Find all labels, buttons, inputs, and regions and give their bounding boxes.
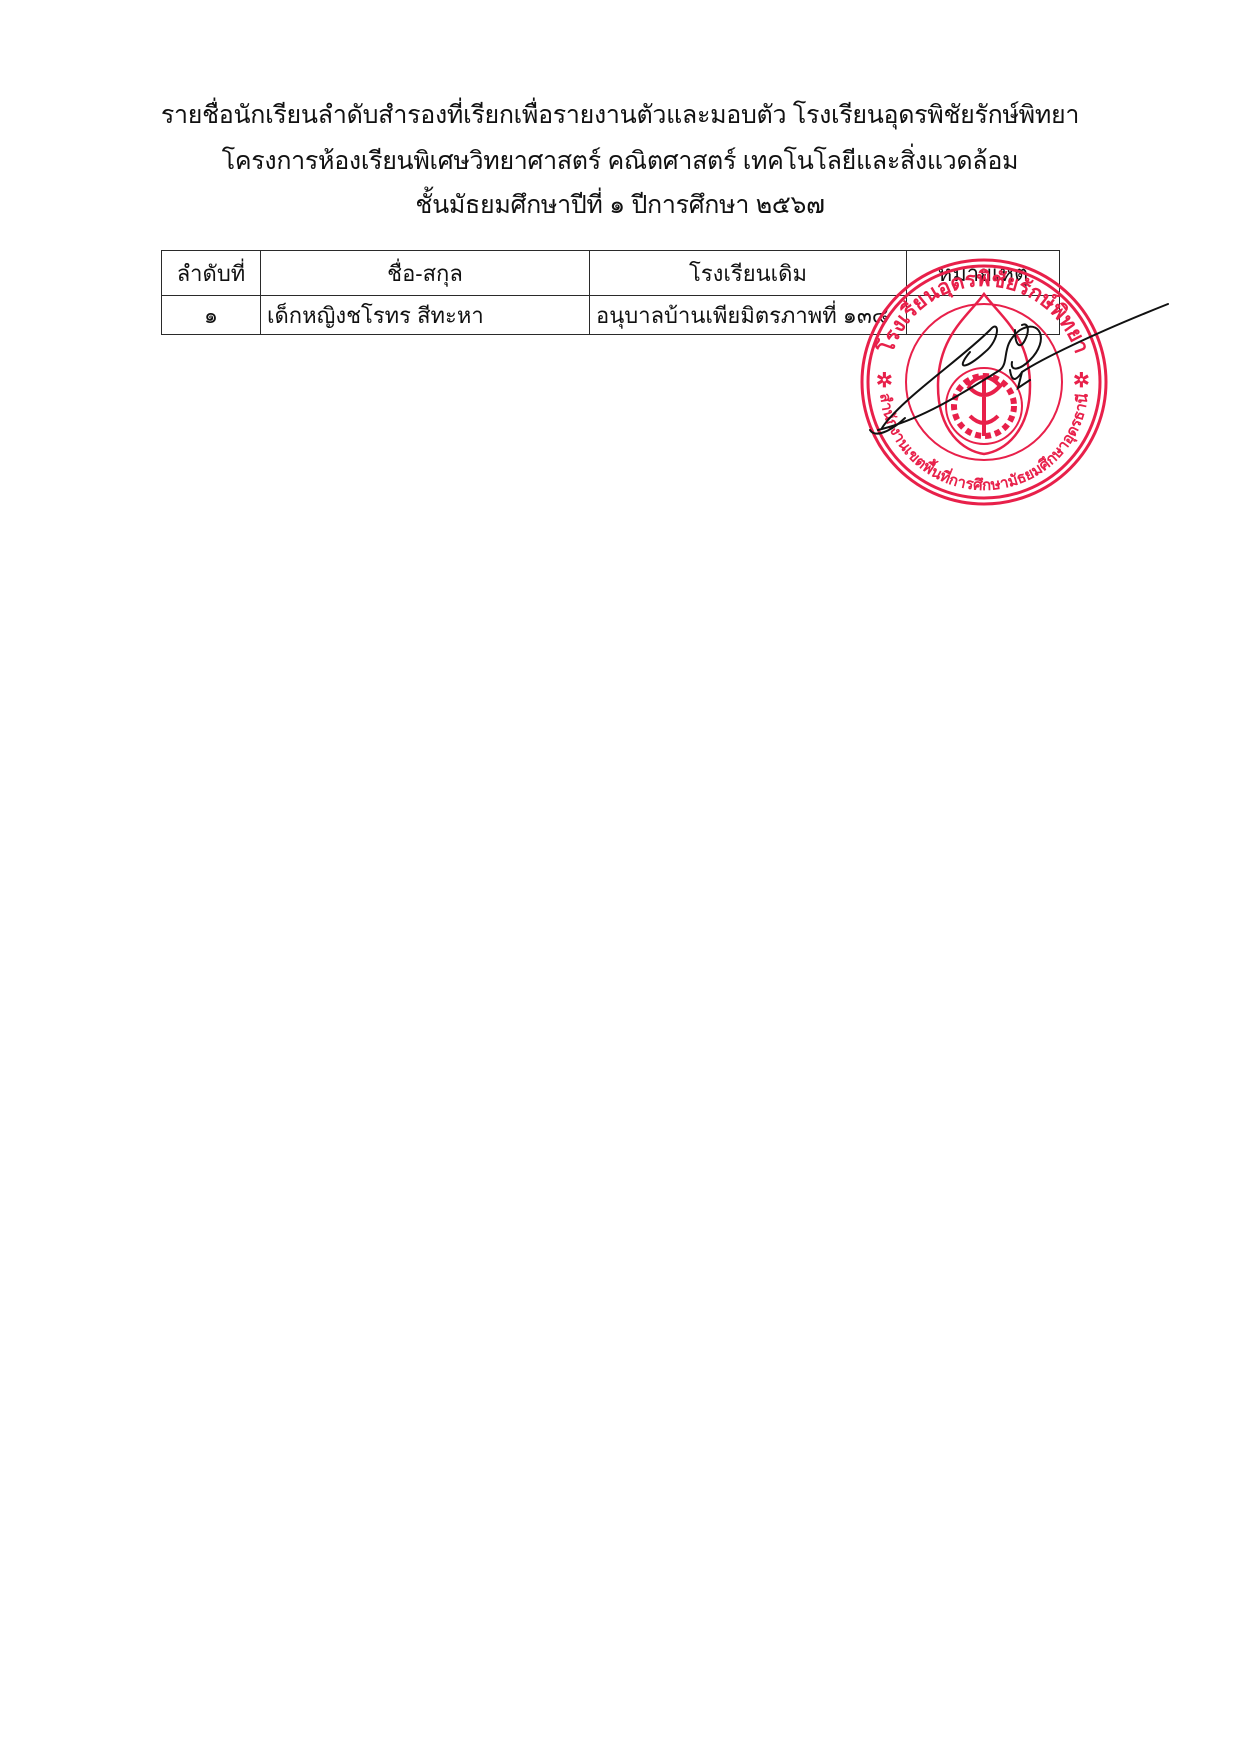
cell-name: เด็กหญิงชโรทร สีทะหา: [261, 296, 590, 335]
document-title-line-3: ชั้นมัธยมศึกษาปีที่ ๑ ปีการศึกษา ๒๕๖๗: [0, 190, 1240, 220]
document-title-line-1: รายชื่อนักเรียนลำดับสำรองที่เรียกเพื่อรา…: [0, 100, 1240, 130]
header-name: ชื่อ-สกุล: [261, 251, 590, 296]
table-header-row: ลำดับที่ ชื่อ-สกุล โรงเรียนเดิม หมายเหตุ: [162, 251, 1060, 296]
cell-previous-school: อนุบาลบ้านเพียมิตรภาพที่ ๑๓๘: [590, 296, 907, 335]
header-remark: หมายเหตุ: [907, 251, 1060, 296]
table-row: ๑ เด็กหญิงชโรทร สีทะหา อนุบาลบ้านเพียมิต…: [162, 296, 1060, 335]
stamp-bottom-text: สำนักงานเขตพื้นที่การศึกษามัธยมศึกษาอุดร…: [876, 392, 1092, 494]
document-title-line-2: โครงการห้องเรียนพิเศษวิทยาศาสตร์ คณิตศาส…: [0, 146, 1240, 176]
star-left-icon: ✲: [876, 370, 893, 392]
header-order: ลำดับที่: [162, 251, 261, 296]
cell-remark: [907, 296, 1060, 335]
header-previous-school: โรงเรียนเดิม: [590, 251, 907, 296]
cell-order: ๑: [162, 296, 261, 335]
svg-text:สำนักงานเขตพื้นที่การศึกษามัธย: สำนักงานเขตพื้นที่การศึกษามัธยมศึกษาอุดร…: [876, 392, 1092, 494]
star-right-icon: ✲: [1073, 370, 1090, 392]
student-list-table: ลำดับที่ ชื่อ-สกุล โรงเรียนเดิม หมายเหตุ…: [161, 250, 1060, 335]
